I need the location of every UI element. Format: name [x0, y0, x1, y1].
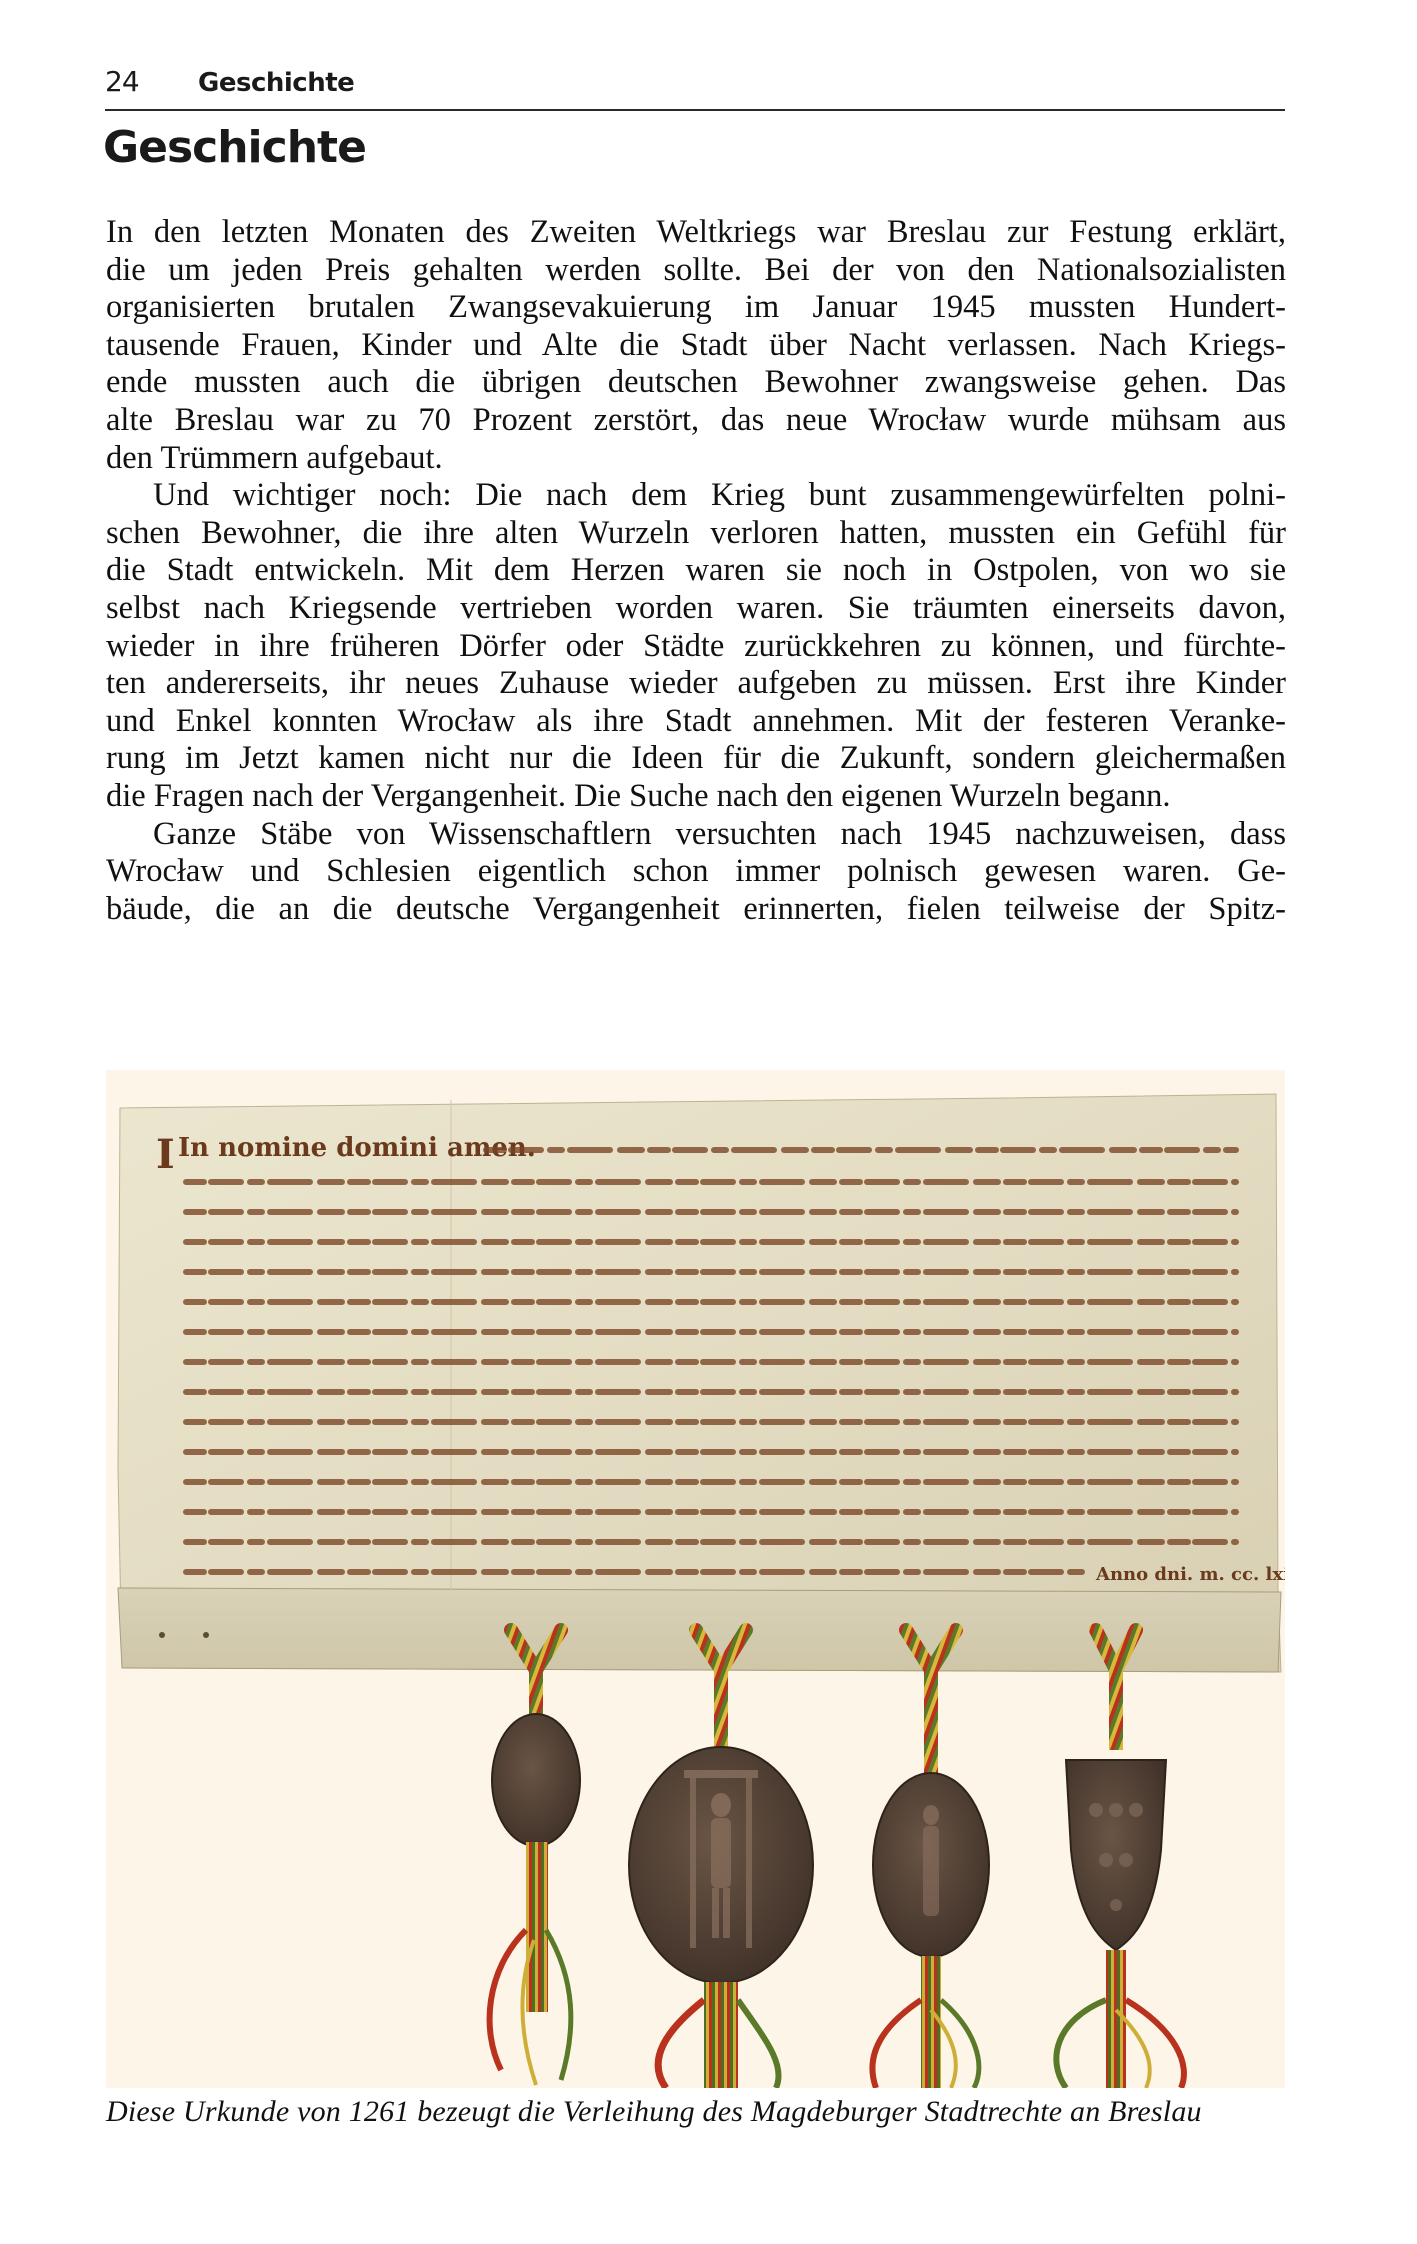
text-line: ten andererseits, ihr neues Zuhause wied…: [106, 665, 1286, 703]
seal-2-town-seal: [629, 1630, 813, 2088]
page-number: 24: [105, 68, 139, 96]
text-line: Ganze Stäbe von Wissenschaftlern versuch…: [106, 816, 1286, 854]
text-line: die Stadt entwickeln. Mit dem Herzen war…: [106, 552, 1286, 590]
charter-illustration: I In nomine domini amen.: [106, 1070, 1285, 2088]
initial-letter: I: [156, 1131, 175, 1178]
text-line: In den letzten Monaten des Zweiten Weltk…: [106, 214, 1286, 252]
paragraph-2: Und wichtiger noch: Die nach dem Krieg b…: [106, 477, 1286, 815]
paragraph-1: In den letzten Monaten des Zweiten Weltk…: [106, 214, 1286, 477]
text-line: schen Bewohner, die ihre alten Wurzeln v…: [106, 515, 1286, 553]
body-text: In den letzten Monaten des Zweiten Weltk…: [106, 214, 1286, 928]
running-head: Geschichte: [198, 70, 354, 96]
text-line: die Fragen nach der Vergangenheit. Die S…: [106, 778, 1286, 816]
seal-3: [872, 1630, 989, 2088]
text-line: organisierten brutalen Zwangsevakuierung…: [106, 289, 1286, 327]
text-line: selbst nach Kriegsende vertrieben worden…: [106, 590, 1286, 628]
text-line: und Enkel konnten Wrocław als ihre Stadt…: [106, 703, 1286, 741]
charter-photo: I In nomine domini amen.: [106, 1070, 1285, 2088]
text-line: rung im Jetzt kamen nicht nur die Ideen …: [106, 740, 1286, 778]
figure-caption: Diese Urkunde von 1261 bezeugt die Verle…: [106, 2092, 1285, 2132]
text-line: tausende Frauen, Kinder und Alte die Sta…: [106, 327, 1286, 365]
text-line: alte Breslau war zu 70 Prozent zerstört,…: [106, 402, 1286, 440]
text-line: ende mussten auch die übrigen deutschen …: [106, 364, 1286, 402]
seal-1: [490, 1630, 580, 2085]
text-line: den Trümmern aufgebaut.: [106, 440, 1286, 478]
page-title: Geschichte: [103, 124, 366, 172]
seal-4-shield: [1056, 1630, 1184, 2088]
text-line: die um jeden Preis gehalten werden sollt…: [106, 252, 1286, 290]
text-line: Wrocław und Schlesien eigentlich schon i…: [106, 853, 1286, 891]
manuscript-date: Anno dni. m. cc. lxi.: [1095, 1564, 1285, 1585]
text-line: wieder in ihre früheren Dörfer oder Städ…: [106, 628, 1286, 666]
header-rule: [105, 109, 1285, 111]
manuscript-opening: In nomine domini amen.: [178, 1133, 536, 1163]
text-line: Und wichtiger noch: Die nach dem Krieg b…: [106, 477, 1286, 515]
text-line: bäude, die an die deutsche Vergangenheit…: [106, 891, 1286, 929]
paragraph-3: Ganze Stäbe von Wissenschaftlern versuch…: [106, 816, 1286, 929]
